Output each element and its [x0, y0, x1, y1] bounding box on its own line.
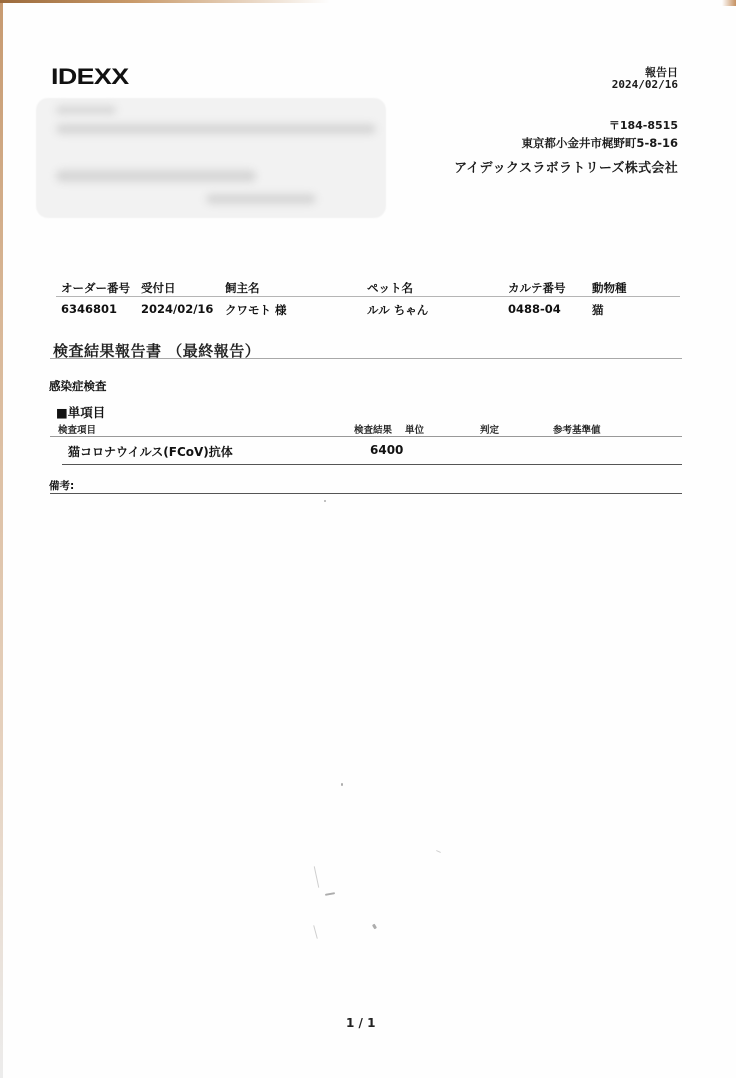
divider — [62, 464, 682, 465]
header-test-item: 検査項目 — [58, 422, 96, 436]
divider — [50, 493, 682, 494]
chart-number: 0488-04 — [508, 302, 561, 316]
owner-name: クワモト 様 — [225, 302, 287, 318]
paper-edge — [0, 0, 330, 3]
section-title: 感染症検査 — [49, 378, 107, 394]
page-number: 1 / 1 — [346, 1016, 375, 1030]
sub-section-title: ■単項目 — [56, 403, 105, 421]
header-chart-number: カルテ番号 — [508, 280, 566, 296]
paper-edge — [0, 0, 3, 1078]
report-date: 2024/02/16 — [612, 78, 678, 91]
header-reference: 参考基準値 — [553, 422, 601, 436]
pet-name: ルル ちゃん — [367, 302, 428, 318]
header-judgement: 判定 — [480, 422, 499, 436]
divider — [50, 436, 682, 437]
test-result: 6400 — [370, 443, 403, 457]
received-date: 2024/02/16 — [141, 302, 213, 316]
paper-edge — [722, 0, 736, 6]
header-species: 動物種 — [592, 280, 627, 296]
remarks: 備考: — [49, 478, 74, 493]
scan-speck — [372, 924, 377, 930]
header-order-number: オーダー番号 — [61, 280, 130, 296]
scan-speck — [341, 783, 343, 786]
order-info-header: オーダー番号 受付日 飼主名 ペット名 カルテ番号 動物種 — [61, 280, 681, 296]
idexx-logo: IDEXX — [51, 66, 129, 88]
lab-company-name: アイデックスラボラトリーズ株式会社 — [454, 157, 678, 176]
header-received-date: 受付日 — [141, 280, 176, 296]
order-info-row: 6346801 2024/02/16 クワモト 様 ルル ちゃん 0488-04… — [61, 302, 681, 318]
header-pet-name: ペット名 — [367, 280, 413, 296]
scan-speck — [313, 925, 318, 939]
scan-speck — [324, 500, 326, 502]
scan-speck — [325, 892, 335, 896]
species: 猫 — [592, 302, 604, 318]
header-result: 検査結果 — [354, 422, 392, 436]
lab-address: 東京都小金井市梶野町5-8-16 — [521, 135, 678, 151]
header-unit: 単位 — [405, 422, 424, 436]
results-header: 検査項目 検査結果 単位 判定 参考基準値 — [58, 422, 688, 436]
document-page: IDEXX 報告日 2024/02/16 〒184-8515 東京都小金井市梶野… — [0, 0, 736, 1078]
test-item: 猫コロナウイルス(FCoV)抗体 — [68, 443, 233, 460]
order-number: 6346801 — [61, 302, 117, 316]
remarks-label: 備考: — [49, 480, 74, 492]
scan-speck — [436, 850, 441, 853]
divider — [50, 358, 682, 359]
table-row: 猫コロナウイルス(FCoV)抗体 6400 — [68, 443, 688, 461]
redacted-recipient-block — [36, 98, 386, 218]
scan-speck — [314, 866, 320, 888]
lab-postal-code: 〒184-8515 — [609, 117, 678, 133]
divider — [56, 296, 680, 297]
header-owner-name: 飼主名 — [225, 280, 260, 296]
